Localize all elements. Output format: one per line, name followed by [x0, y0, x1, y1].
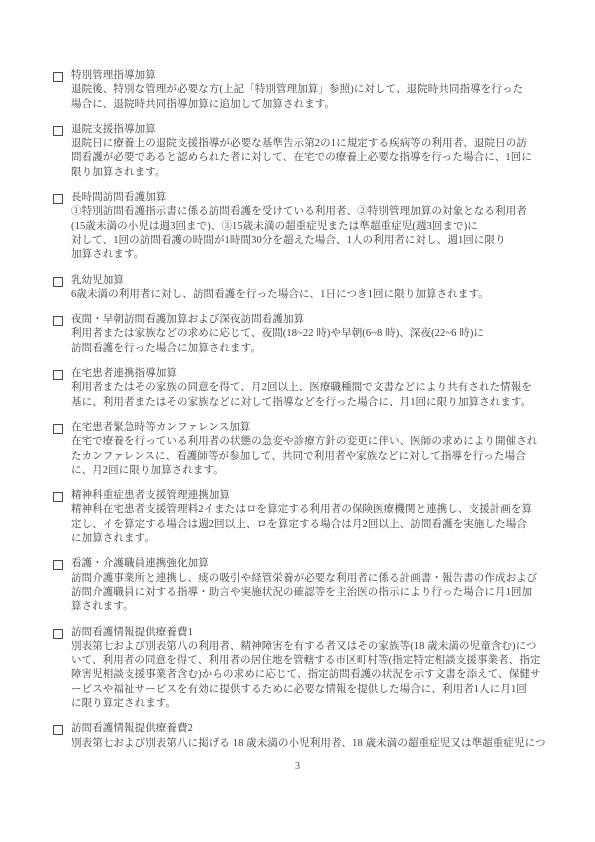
section-body-line: に限り算定されます。 [71, 697, 542, 711]
section-body-line: ービスや福祉サービスを有効に提供するために必要な情報を提供した場合に、利用者1人… [71, 683, 542, 697]
section-title: 在宅患者緊急時等カンファレンス加算 [71, 421, 542, 435]
page-number: 3 [0, 761, 595, 772]
section-info-provision-fee-1: 訪問看護情報提供療養費1 別表第七および別表第八の利用者、精神障害を有する者又は… [53, 626, 542, 712]
section-body-line: 加算されます。 [71, 248, 542, 262]
checkbox-icon [53, 72, 63, 82]
section-body-line: 場合に、退院時共同指導加算に追加して加算されます。 [71, 98, 542, 112]
document-page: 特別管理指導加算 退院後、特別な管理が必要な方(上記「特別管理加算」参照)に対し… [0, 0, 595, 842]
section-body-line: いて、利用者の同意を得て、利用者の居住地を管轄する市区町村等(指定特定相談支援事… [71, 654, 542, 668]
section-infant: 乳幼児加算 6歳未満の利用者に対し、訪問看護を行った場合に、1日につき1回に限り… [53, 274, 542, 303]
section-body-line: に、月2回に限り加算されます。 [71, 464, 542, 478]
section-body-line: 別表第七および別表第八に掲げる 18 歳未満の小児利用者、18 歳未満の超重症児… [71, 737, 546, 751]
section-body-line: 訪問介護職員に対する指導・助言や実施状況の確認等を主治医の指示により行った場合に… [71, 586, 542, 600]
section-body-line: 利用者またはその家族の同意を得て、月2回以上、医療職種間で文書などにより共有され… [71, 381, 542, 395]
section-body-line: 利用者または家族などの求めに応じて、夜間(18~22 時)や早朝(6~8 時)、… [71, 327, 542, 341]
section-title: 在宅患者連携指導加算 [71, 367, 542, 381]
section-nursing-care-staff-coordination: 看護・介護職員連携強化加算 訪問介護事業所と連携し、痰の吸引や経管栄養が必要な利… [53, 557, 542, 614]
section-long-time-visit-nursing: 長時間訪問看護加算 ①特別訪問看護指示書に係る訪問看護を受けている利用者、②特別… [53, 191, 542, 262]
section-body-line: 6歳未満の利用者に対し、訪問看護を行った場合に、1日につき1回に限り加算されます… [71, 288, 542, 302]
section-home-patient-emergency-conference: 在宅患者緊急時等カンファレンス加算 在宅で療養を行っている利用者の状態の急変や診… [53, 421, 542, 478]
section-home-patient-coordination-guidance: 在宅患者連携指導加算 利用者またはその家族の同意を得て、月2回以上、医療職種間で… [53, 367, 542, 410]
section-body-line: に加算されます。 [71, 532, 542, 546]
section-body-line: 別表第七および別表第八の利用者、精神障害を有する者又はその家族等(18 歳未満の… [71, 640, 542, 654]
section-title: 長時間訪問看護加算 [71, 191, 542, 205]
section-body-line: 在宅で療養を行っている利用者の状態の急変や診療方針の変更に伴い、医師の求めにより… [71, 435, 542, 449]
section-body-line: 訪問看護を行った場合に加算されます。 [71, 342, 542, 356]
section-body-line: 訪問介護事業所と連携し、痰の吸引や経管栄養が必要な利用者に係る計画書・報告書の作… [71, 572, 542, 586]
section-body-line: 退院後、特別な管理が必要な方(上記「特別管理加算」参照)に対して、退院時共同指導… [71, 83, 542, 97]
checkbox-icon [53, 316, 63, 326]
section-body-line: 精神科在宅患者支援管理料2イまたはロを算定する利用者の保険医療機関と連携し、支援… [71, 503, 542, 517]
checklist-content: 特別管理指導加算 退院後、特別な管理が必要な方(上記「特別管理加算」参照)に対し… [53, 69, 542, 762]
section-body-line: ①特別訪問看護指示書に係る訪問看護を受けている利用者、②特別管理加算の対象となる… [71, 205, 542, 219]
checkbox-icon [53, 629, 63, 639]
section-title: 精神科重症患者支援管理連携加算 [71, 489, 542, 503]
checkbox-icon [53, 725, 63, 735]
checkbox-icon [53, 560, 63, 570]
section-title: 乳幼児加算 [71, 274, 542, 288]
checkbox-icon [53, 424, 63, 434]
section-body-line: (15歳未満の小児は週3回まで)、③15歳未満の超重症児または準超重症児(週3回… [71, 220, 542, 234]
section-body-line: 基に、利用者またはその家族などに対して指導などを行った場合に、月1回に限り加算さ… [71, 396, 542, 410]
section-body-line: 障害児相談支援事業者含む)からの求めに応じて、指定訪問看護の状況を示す文書を添え… [71, 668, 542, 682]
section-body-line: 定し、イを算定する場合は週2回以上、ロを算定する場合は月2回以上、訪問看護を実施… [71, 518, 542, 532]
checkbox-icon [53, 277, 63, 287]
section-body-line: 退院日に療養上の退院支援指導が必要な基準告示第2の1に規定する疾病等の利用者、退… [71, 137, 542, 151]
section-body-line: 問看護が必要であると認められた者に対して、在宅での療養上必要な指導を行った場合に… [71, 151, 542, 165]
checkbox-icon [53, 370, 63, 380]
section-title: 訪問看護情報提供療養費1 [71, 626, 542, 640]
section-special-management-guidance: 特別管理指導加算 退院後、特別な管理が必要な方(上記「特別管理加算」参照)に対し… [53, 69, 542, 112]
checkbox-icon [53, 492, 63, 502]
section-body-line: 対して、1回の訪問看護の時間が1時間30分を超えた場合、1人の利用者に対し、週1… [71, 234, 542, 248]
checkbox-icon [53, 194, 63, 204]
section-body-line: 算されます。 [71, 600, 542, 614]
section-body-line: たカンファレンスに、看護師等が参加して、共同で利用者や家族などに対して指導を行っ… [71, 450, 542, 464]
section-title: 看護・介護職員連携強化加算 [71, 557, 542, 571]
section-night-early-morning-late-night: 夜間・早朝訪問看護加算および深夜訪問看護加算 利用者または家族などの求めに応じて… [53, 313, 542, 356]
section-title: 夜間・早朝訪問看護加算および深夜訪問看護加算 [71, 313, 542, 327]
section-info-provision-fee-2: 訪問看護情報提供療養費2 別表第七および別表第八に掲げる 18 歳未満の小児利用… [53, 722, 542, 751]
section-title: 訪問看護情報提供療養費2 [71, 722, 546, 736]
section-title: 特別管理指導加算 [71, 69, 542, 83]
section-discharge-support-guidance: 退院支援指導加算 退院日に療養上の退院支援指導が必要な基準告示第2の1に規定する… [53, 123, 542, 180]
section-title: 退院支援指導加算 [71, 123, 542, 137]
section-body-line: 限り加算されます。 [71, 166, 542, 180]
checkbox-icon [53, 126, 63, 136]
section-psychiatric-severe-patient-support: 精神科重症患者支援管理連携加算 精神科在宅患者支援管理料2イまたはロを算定する利… [53, 489, 542, 546]
